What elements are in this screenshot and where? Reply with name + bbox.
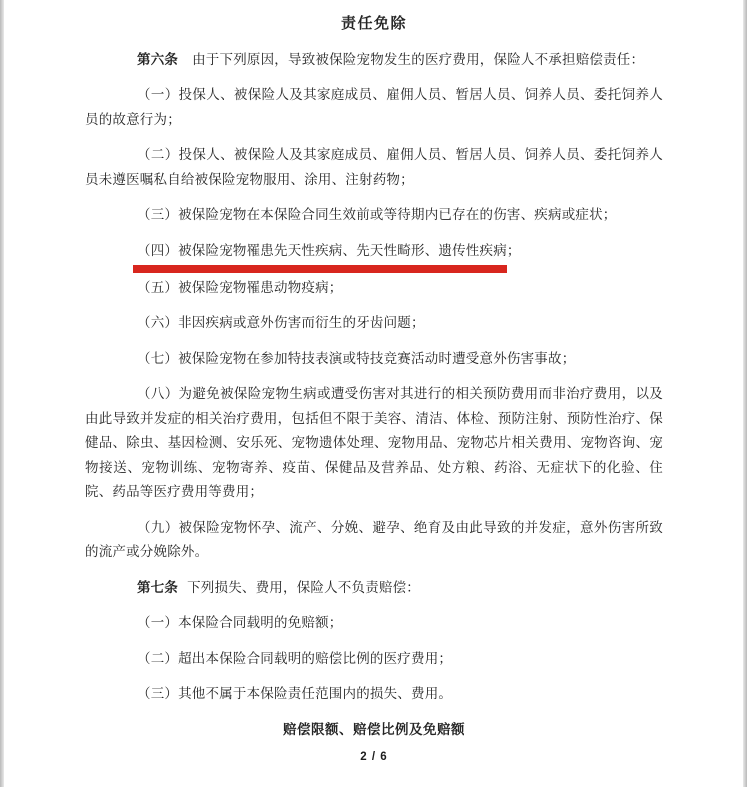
list-item-6-5: （五）被保险宠物罹患动物疫病；: [85, 276, 663, 301]
list-item-7-2: （二）超出本保险合同载明的赔偿比例的医疗费用；: [85, 647, 663, 672]
list-item-6-2: （二）投保人、被保险人及其家庭成员、雇佣人员、暂居人员、饲养人员、委托饲养人员未…: [85, 143, 663, 192]
article-6-label: 第六条: [137, 52, 178, 67]
list-item-6-7: （七）被保险宠物在参加特技表演或特技竞赛活动时遭受意外伤害事故；: [85, 347, 663, 372]
document-page: 责任免除 第六条由于下列原因，导致被保险宠物发生的医疗费用，保险人不承担赔偿责任…: [0, 0, 747, 787]
list-item-7-1: （一）本保险合同载明的免赔额；: [85, 611, 663, 636]
list-item-6-1: （一）投保人、被保险人及其家庭成员、雇佣人员、暂居人员、饲养人员、委托饲养人员的…: [85, 83, 663, 132]
list-item-6-8: （八）为避免被保险宠物生病或遭受伤害对其进行的相关预防费用而非治疗费用，以及由此…: [85, 382, 663, 505]
article-7-label: 第七条: [137, 580, 178, 595]
next-section-title: 赔偿限额、赔偿比例及免赔额: [85, 718, 663, 743]
list-item-6-3: （三）被保险宠物在本保险合同生效前或等待期内已存在的伤害、疾病或症状；: [85, 203, 663, 228]
list-item-6-4: （四）被保险宠物罹患先天性疾病、先天性畸形、遗传性疾病；: [85, 239, 663, 264]
article-7-intro-text: 下列损失、费用，保险人不负责赔偿：: [187, 580, 420, 595]
list-item-7-3: （三）其他不属于本保险责任范围内的损失、费用。: [85, 682, 663, 707]
page-title: 责任免除: [85, 12, 663, 37]
article-7-intro: 第七条下列损失、费用，保险人不负责赔偿：: [85, 576, 663, 601]
highlighted-item-block: （四）被保险宠物罹患先天性疾病、先天性畸形、遗传性疾病；: [85, 239, 663, 274]
red-underline-highlight: [133, 265, 507, 273]
article-6-intro: 第六条由于下列原因，导致被保险宠物发生的医疗费用，保险人不承担赔偿责任：: [85, 48, 663, 73]
article-6-intro-text: 由于下列原因，导致被保险宠物发生的医疗费用，保险人不承担赔偿责任：: [192, 52, 644, 67]
list-item-6-6: （六）非因疾病或意外伤害而衍生的牙齿问题；: [85, 311, 663, 336]
page-left-edge: [0, 0, 4, 787]
page-right-edge: [743, 0, 747, 787]
list-item-6-9: （九）被保险宠物怀孕、流产、分娩、避孕、绝育及由此导致的并发症，意外伤害所致的流…: [85, 516, 663, 565]
page-number: 2 / 6: [85, 750, 663, 764]
page-content: 责任免除 第六条由于下列原因，导致被保险宠物发生的医疗费用，保险人不承担赔偿责任…: [85, 12, 663, 764]
